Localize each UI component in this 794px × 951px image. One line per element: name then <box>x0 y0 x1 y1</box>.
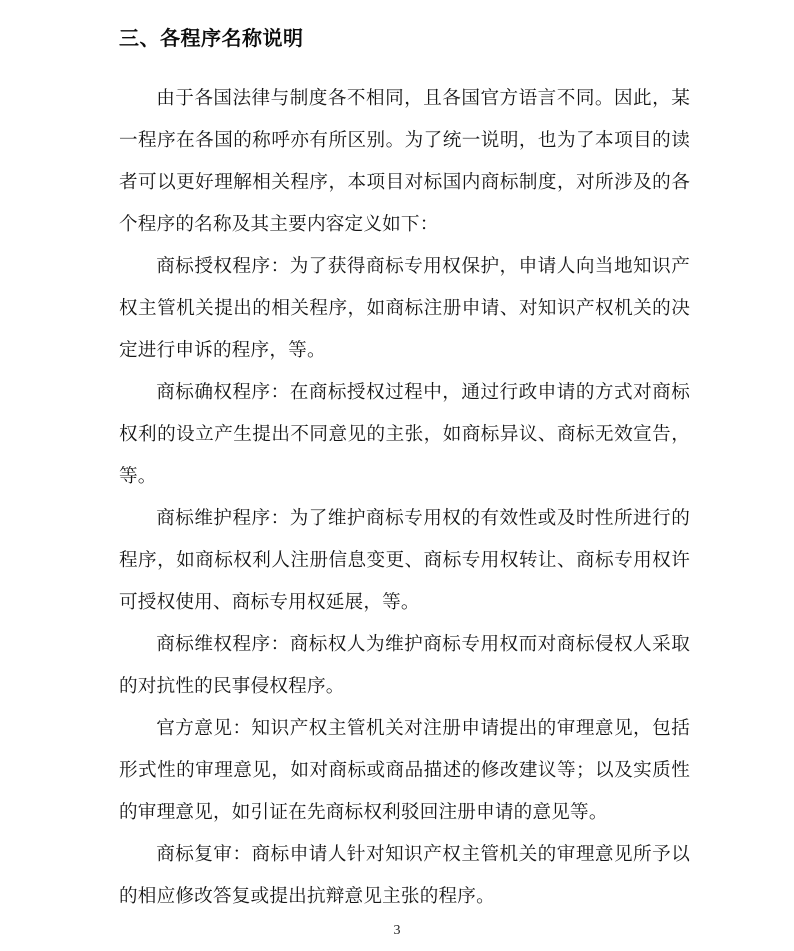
paragraph-trademark-review: 商标复审：商标申请人针对知识产权主管机关的审理意见所予以的相应修改答复或提出抗辩… <box>119 834 690 918</box>
paragraph-trademark-authorization: 商标授权程序：为了获得商标专用权保护，申请人向当地知识产权主管机关提出的相关程序… <box>119 246 690 372</box>
paragraph-trademark-maintenance: 商标维护程序：为了维护商标专用权的有效性或及时性所进行的程序，如商标权利人注册信… <box>119 498 690 624</box>
document-body: 由于各国法律与制度各不相同，且各国官方语言不同。因此，某一程序在各国的称呼亦有所… <box>119 78 690 918</box>
section-heading: 三、各程序名称说明 <box>119 26 690 52</box>
document-page: 三、各程序名称说明 由于各国法律与制度各不相同，且各国官方语言不同。因此，某一程… <box>0 0 794 951</box>
paragraph-trademark-confirmation: 商标确权程序：在商标授权过程中，通过行政申请的方式对商标权利的设立产生提出不同意… <box>119 372 690 498</box>
paragraph-official-opinion: 官方意见：知识产权主管机关对注册申请提出的审理意见，包括形式性的审理意见，如对商… <box>119 708 690 834</box>
page-number: 3 <box>0 923 794 939</box>
paragraph-trademark-enforcement: 商标维权程序：商标权人为维护商标专用权而对商标侵权人采取的对抗性的民事侵权程序。 <box>119 624 690 708</box>
paragraph-intro: 由于各国法律与制度各不相同，且各国官方语言不同。因此，某一程序在各国的称呼亦有所… <box>119 78 690 246</box>
